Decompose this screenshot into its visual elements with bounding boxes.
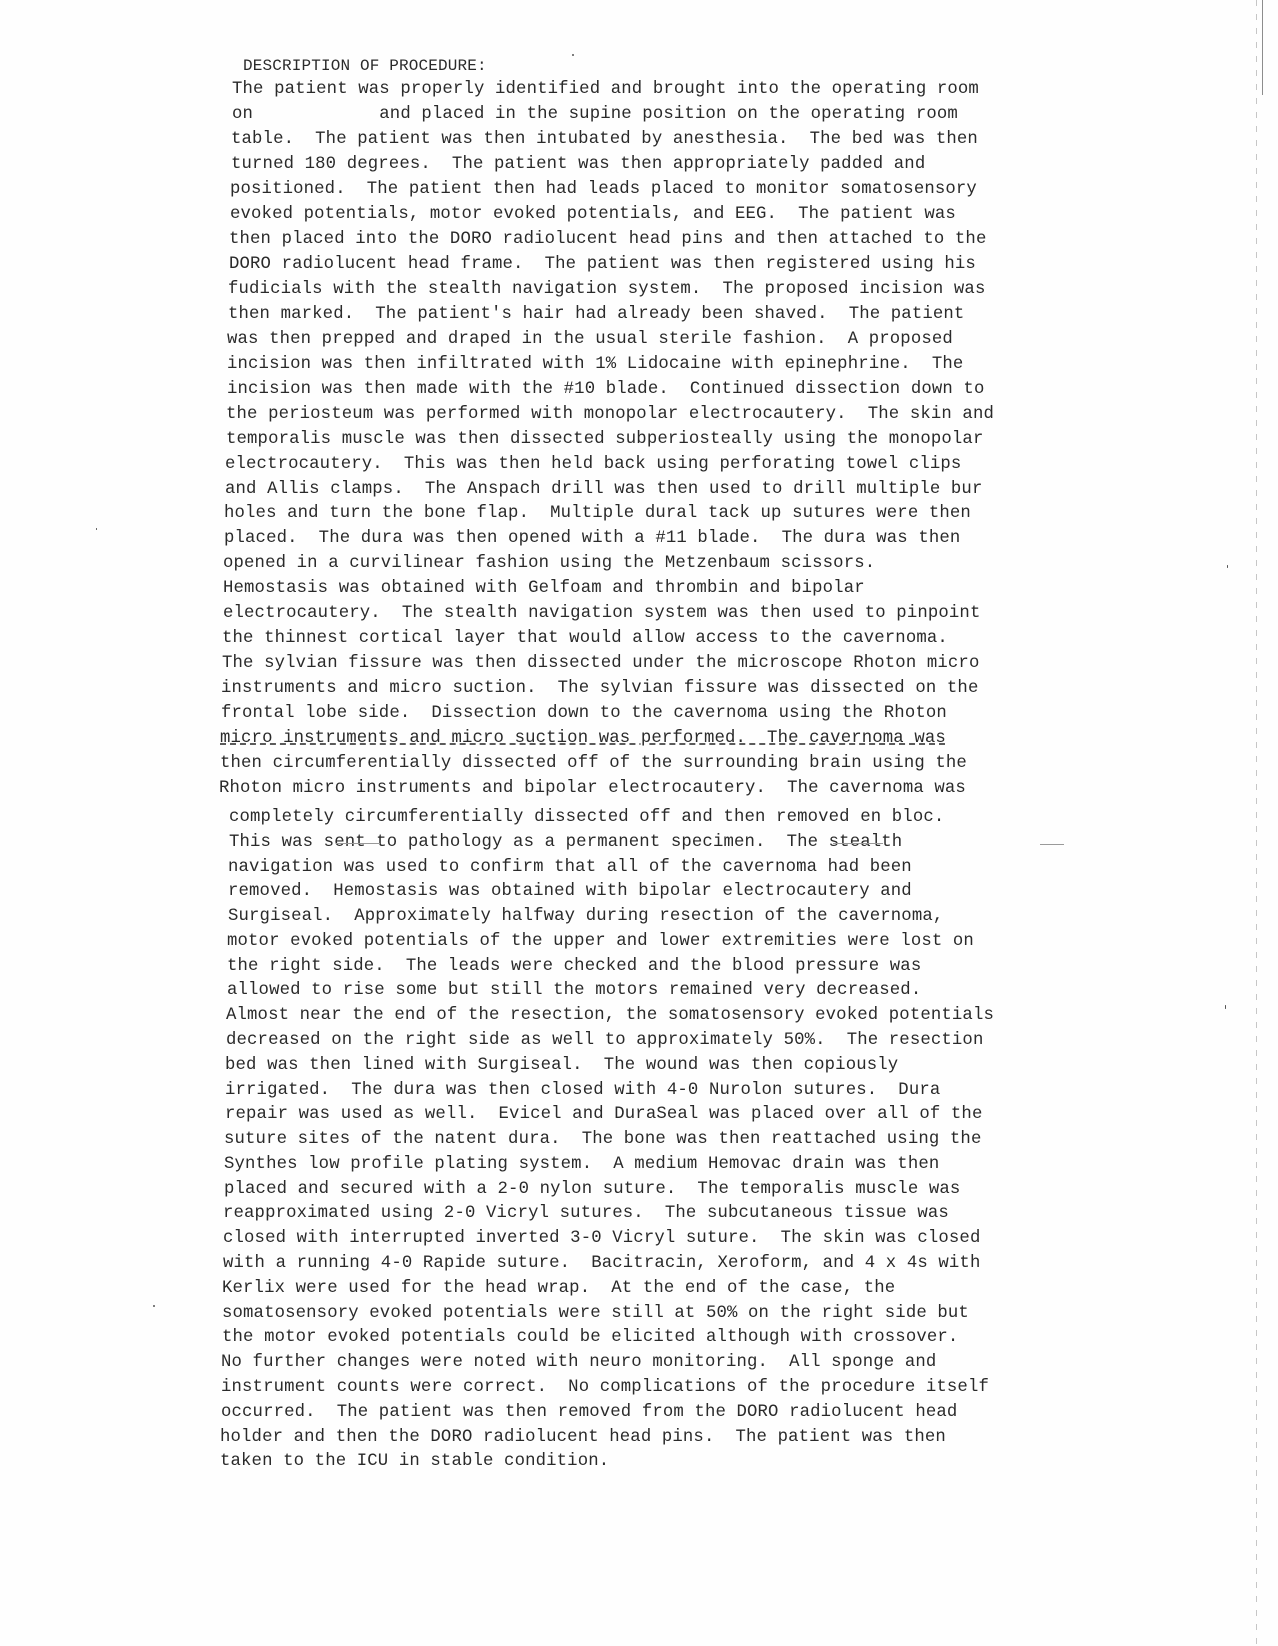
text-line: the thinnest cortical layer that would a… [222,629,948,649]
text-line: opened in a curvilinear fashion using th… [223,554,875,574]
text-line: placed. The dura was then opened with a … [224,529,960,549]
text-line: suture sites of the natent dura. The bon… [224,1130,981,1150]
text-line: Almost near the end of the resection, th… [226,1006,994,1026]
text-line: the motor evoked potentials could be eli… [222,1328,958,1348]
text-line: bed was then lined with Surgiseal. The w… [225,1056,898,1076]
text-line: instrument counts were correct. No compl… [221,1378,989,1398]
text-line: micro instruments and micro suction was … [220,729,946,749]
text-line: taken to the ICU in stable condition. [220,1452,609,1472]
procedure-description: DESCRIPTION OF PROCEDURE: The patient wa… [0,0,1278,1646]
scan-mark [833,843,883,844]
scan-mark [336,843,380,844]
text-line: closed with interrupted inverted 3-0 Vic… [223,1229,980,1249]
text-line: fudicials with the stealth navigation sy… [228,280,985,300]
text-line: holes and turn the bone flap. Multiple d… [224,504,971,524]
text-line: motor evoked potentials of the upper and… [227,932,974,952]
text-line: completely circumferentially dissected o… [229,808,944,828]
text-line: The sylvian fissure was then dissected u… [222,654,979,674]
text-line: holder and then the DORO radiolucent hea… [220,1428,946,1448]
text-line: Hemostasis was obtained with Gelfoam and… [223,579,865,599]
scan-speck [153,1305,155,1307]
text-line: the right side. The leads were checked a… [227,957,921,977]
section-heading: DESCRIPTION OF PROCEDURE: [243,56,487,76]
scanned-document-page: DESCRIPTION OF PROCEDURE: The patient wa… [0,0,1278,1646]
text-line: allowed to rise some but still the motor… [227,981,921,1001]
scan-speck [96,528,97,530]
text-line: temporalis muscle was then dissected sub… [226,430,983,450]
scan-speck [572,54,574,56]
text-line: positioned. The patient then had leads p… [230,180,977,200]
scan-edge-line [1262,0,1263,95]
text-line: incision was then infiltrated with 1% Li… [227,355,963,375]
scan-edge-artifact [1256,0,1257,1646]
scan-speck [1227,565,1228,568]
text-line: table. The patient was then intubated by… [231,130,978,150]
text-line: No further changes were noted with neuro… [221,1353,936,1373]
text-line: instruments and micro suction. The sylvi… [221,679,978,699]
text-line: with a running 4-0 Rapide suture. Bacitr… [223,1254,980,1274]
text-line: decreased on the right side as well to a… [226,1031,983,1051]
text-line: navigation was used to confirm that all … [228,858,912,878]
text-line: irrigated. The dura was then closed with… [225,1081,940,1101]
text-line: was then prepped and draped in the usual… [227,330,953,350]
text-line: frontal lobe side. Dissection down to th… [221,704,947,724]
text-line: electrocautery. The stealth navigation s… [223,604,980,624]
text-line: electrocautery. This was then held back … [225,455,961,475]
text-line: occurred. The patient was then removed f… [221,1403,957,1423]
text-line: incision was then made with the #10 blad… [227,380,984,400]
text-line: Surgiseal. Approximately halfway during … [228,907,943,927]
text-line: Synthes low profile plating system. A me… [224,1155,939,1175]
text-line: Rhoton micro instruments and bipolar ele… [219,779,966,799]
text-line: reapproximated using 2-0 Vicryl sutures.… [223,1204,949,1224]
text-line: This was sent to pathology as a permanen… [229,833,902,853]
text-line: somatosensory evoked potentials were sti… [222,1304,969,1324]
text-line: Kerlix were used for the head wrap. At t… [222,1279,895,1299]
text-line: evoked potentials, motor evoked potentia… [230,205,956,225]
text-line: the periosteum was performed with monopo… [226,405,994,425]
text-line: placed and secured with a 2-0 nylon sutu… [224,1180,960,1200]
text-line: then placed into the DORO radiolucent he… [229,230,986,250]
text-line: then marked. The patient's hair had alre… [228,305,964,325]
text-line: on and placed in the supine position on … [232,105,958,125]
text-line: The patient was properly identified and … [232,80,979,100]
text-line: turned 180 degrees. The patient was then… [231,155,925,175]
text-line: then circumferentially dissected off of … [220,754,967,774]
scan-speck [1225,1005,1226,1009]
scan-mark [1040,844,1064,845]
text-line: repair was used as well. Evicel and Dura… [225,1105,982,1125]
text-line: DORO radiolucent head frame. The patient… [229,255,976,275]
text-line: and Allis clamps. The Anspach drill was … [225,480,982,500]
text-line: removed. Hemostasis was obtained with bi… [228,882,912,902]
